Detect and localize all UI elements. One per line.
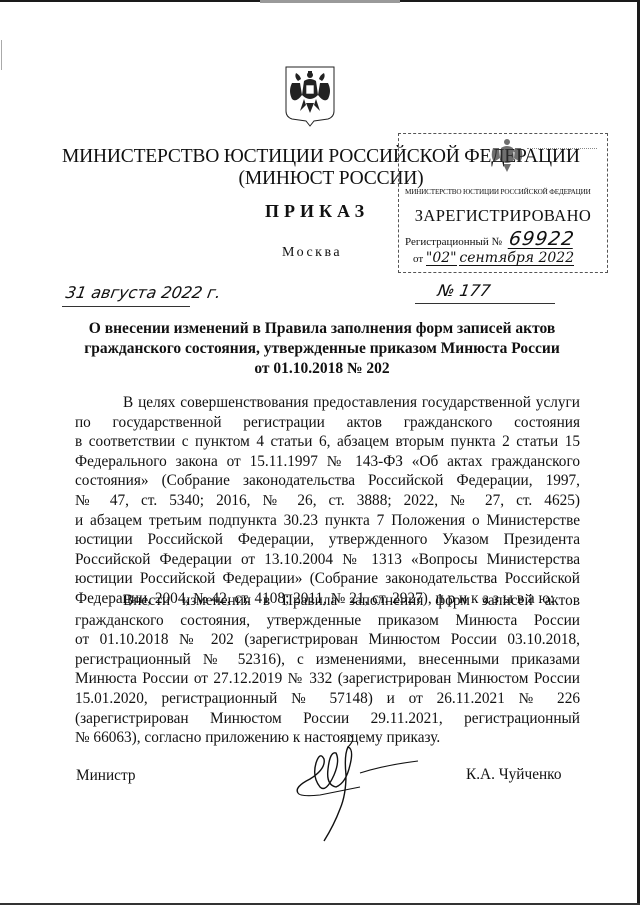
text-line: по государственной регистрации актов гра…	[75, 413, 580, 433]
text-line: (зарегистрирован Минюстом России 29.11.2…	[75, 709, 580, 729]
stamp-reg-number-row: Регистрационный № 69922	[405, 230, 574, 249]
paragraph-order: Внести изменения в Правила заполнения фо…	[75, 591, 580, 748]
text-line: юстиции Российской Федерации» (Собрание …	[75, 569, 580, 589]
scan-edge-top-light	[260, 0, 400, 3]
signer-title: Министр	[76, 767, 135, 785]
text-line: юстиции Российской Федерации, утвержденн…	[75, 530, 580, 550]
text-line: Российской Федерации от 13.10.2004 № 131…	[75, 550, 580, 570]
title-line: от 01.10.2018 № 202	[62, 359, 582, 379]
title-line: гражданского состояния, утвержденные при…	[62, 339, 582, 359]
text-line: 15.01.2020, регистрационный № 57148) и о…	[75, 689, 580, 709]
stamp-status: ЗАРЕГИСТРИРОВАНО	[405, 206, 601, 226]
stamp-reg-label: Регистрационный №	[405, 236, 502, 248]
doc-type-title: ПРИКАЗ	[265, 201, 369, 222]
text-line: в соответствии с пунктом 4 статьи 6, абз…	[75, 432, 580, 452]
text-line: от 01.10.2018 № 202 (зарегистрирован Мин…	[75, 630, 580, 650]
text-line: Федерального закона от 15.11.1997 № 143-…	[75, 452, 580, 472]
order-number-handwritten: № 177	[436, 281, 492, 300]
stamp-date-month-year: сентября 2022	[459, 251, 574, 266]
text-line: состояния» (Собрание законодательства Ро…	[75, 471, 580, 491]
text-line: регистрационный № 52316), с изменениями,…	[75, 650, 580, 670]
stamp-date-day: "02"	[426, 251, 457, 266]
stamp-date-row: от "02" сентября 2022	[413, 251, 574, 266]
text-line: гражданского состояния, утвержденные при…	[75, 611, 580, 631]
stamp-ministry-name: МИНИСТЕРСТВО ЮСТИЦИИ РОССИЙСКОЙ ФЕДЕРАЦИ…	[405, 188, 605, 196]
registration-stamp: МИНИСТЕРСТВО ЮСТИЦИИ РОССИЙСКОЙ ФЕДЕРАЦИ…	[398, 133, 608, 273]
stamp-date-prefix: от	[413, 253, 423, 265]
signer-name: К.А. Чуйченко	[466, 766, 561, 784]
scan-edge-left	[1, 40, 2, 70]
order-date-underline	[62, 306, 190, 307]
text-line: Внести изменения в Правила заполнения фо…	[75, 591, 580, 611]
text-line: Минюста России от 27.12.2019 № 332 (заре…	[75, 669, 580, 689]
stamp-eagle-icon	[489, 136, 525, 174]
signature-icon	[290, 735, 420, 845]
paragraph-preamble: В целях совершенствования предоставления…	[75, 393, 580, 609]
title-line: О внесении изменений в Правила заполнени…	[62, 319, 582, 339]
stamp-decoration	[527, 148, 597, 157]
stamp-reg-number: 69922	[507, 230, 575, 249]
order-date-handwritten: 31 августа 2022 г.	[64, 283, 222, 302]
text-line: № 47, ст. 5340; 2016, № 26, ст. 3888; 20…	[75, 491, 580, 511]
city: Москва	[282, 245, 342, 261]
text-line: В целях совершенствования предоставления…	[75, 393, 580, 413]
document-title: О внесении изменений в Правила заполнени…	[62, 319, 582, 379]
coat-of-arms-icon	[284, 65, 336, 127]
text-line: и абзацем третьим подпункта 30.23 пункта…	[75, 511, 580, 531]
order-number-underline	[415, 303, 555, 304]
